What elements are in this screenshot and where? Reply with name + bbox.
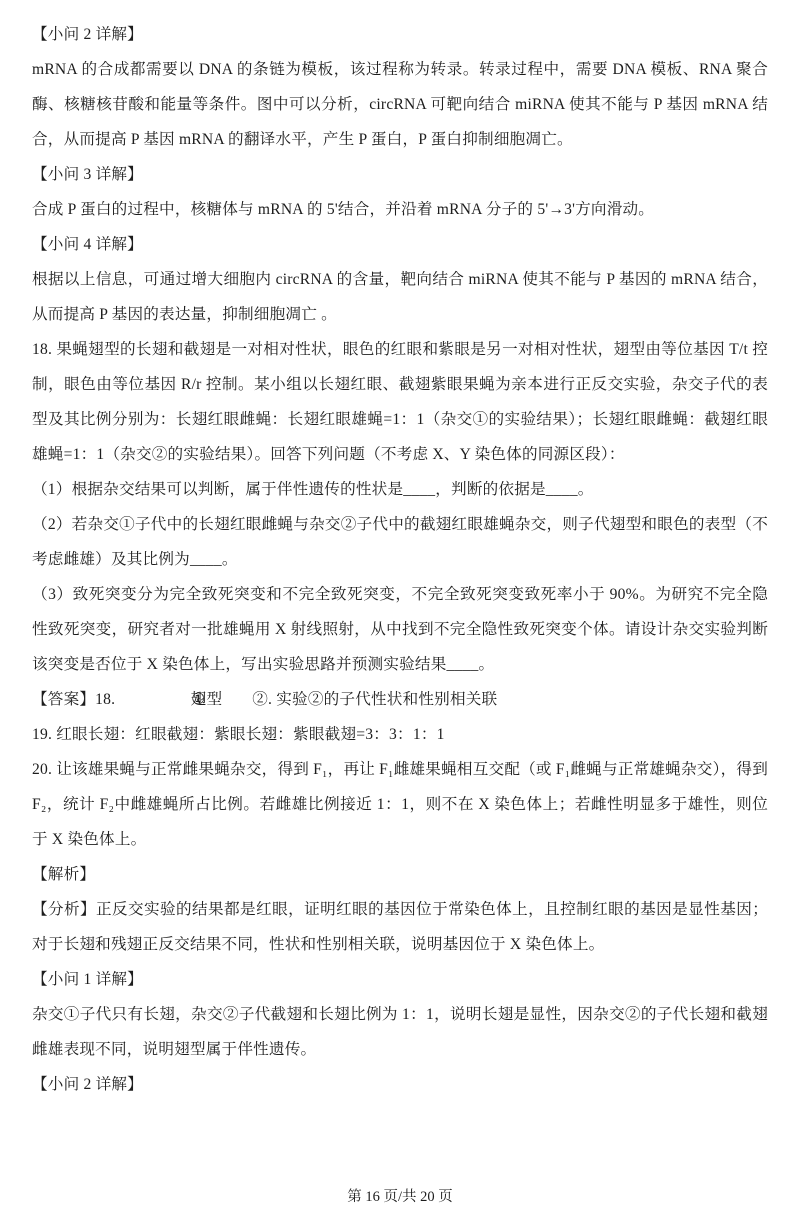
heading-jiexi: 【解析】 xyxy=(32,857,768,892)
heading-subq4-detail: 【小问 4 详解】 xyxy=(32,227,768,262)
heading-subq1-detail: 【小问 1 详解】 xyxy=(32,962,768,997)
question-18-sub3: （3）致死突变分为完全致死突变和不完全致死突变，不完全致死突变致死率小于 90%… xyxy=(32,577,768,682)
answer-18-item2: ②. 实验②的子代性状和性别相关联 xyxy=(252,691,497,708)
page-footer: 第 16 页/共 20 页 xyxy=(0,1187,800,1207)
question-18-sub1: （1）根据杂交结果可以判断，属于伴性遗传的性状是____，判断的依据是____。 xyxy=(32,472,768,507)
question-18-intro: 18. 果蝇翅型的长翅和截翅是一对相对性状，眼色的红眼和紫眼是另一对相对性状，翅… xyxy=(32,332,768,472)
answer-line-18: 【答案】18.①翅型②. 实验②的子代性状和性别相关联 xyxy=(32,682,768,717)
para-transcription: mRNA 的合成都需要以 DNA 的条链为模板，该过程称为转录。转录过程中，需要… xyxy=(32,52,768,157)
para-circrna-conclusion: 根据以上信息，可通过增大细胞内 circRNA 的含量，靶向结合 miRNA 使… xyxy=(32,262,768,332)
heading-subq2-detail: 【小问 2 详解】 xyxy=(32,17,768,52)
answer-line-19: 19. 红眼长翅：红眼截翅：紫眼长翅：紫眼截翅=3：3：1：1 xyxy=(32,717,768,752)
para-fenxi-analysis: 【分析】正反交实验的结果都是红眼，证明红眼的基因位于常染色体上，且控制红眼的基因… xyxy=(32,892,768,962)
heading-subq2-detail-2: 【小问 2 详解】 xyxy=(32,1067,768,1102)
para-translation: 合成 P 蛋白的过程中，核糖体与 mRNA 的 5'结合，并沿着 mRNA 分子… xyxy=(32,192,768,227)
answer-18-label: 【答案】18. xyxy=(32,691,115,708)
para-subq1-explanation: 杂交①子代只有长翅，杂交②子代截翅和长翅比例为 1：1，说明长翅是显性，因杂交②… xyxy=(32,997,768,1067)
answer-18-item1: 翅型 xyxy=(191,691,223,708)
question-18-sub2: （2）若杂交①子代中的长翅红眼雌蝇与杂交②子代中的截翅红眼雄蝇杂交，则子代翅型和… xyxy=(32,507,768,577)
heading-subq3-detail: 【小问 3 详解】 xyxy=(32,157,768,192)
answer-line-20: 20. 让该雄果蝇与正常雌果蝇杂交，得到 F₁，再让 F₁雌雄果蝇相互交配（或 … xyxy=(32,752,768,857)
document-page: 【小问 2 详解】 mRNA 的合成都需要以 DNA 的条链为模板，该过程称为转… xyxy=(0,0,800,1223)
